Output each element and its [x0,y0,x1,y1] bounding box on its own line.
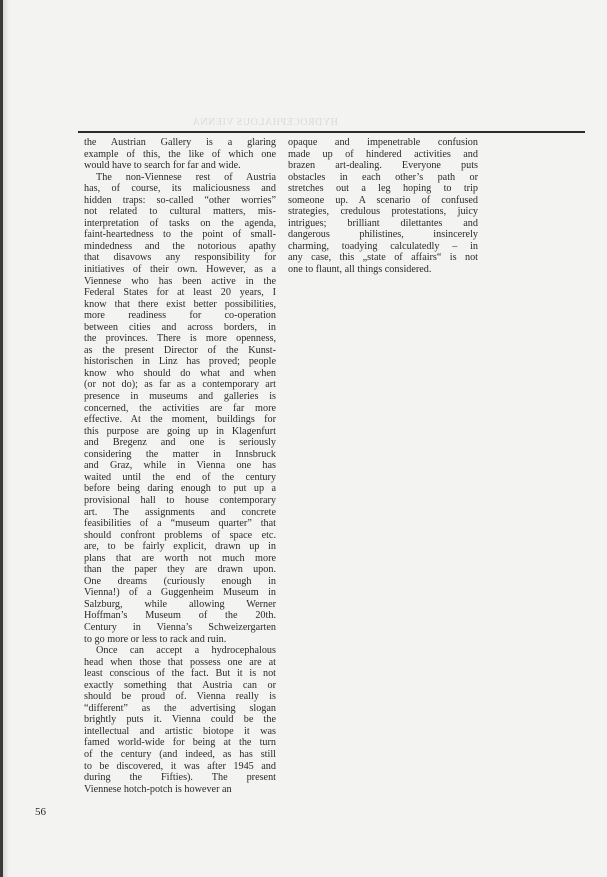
text-line: exactly something that Austria can or [84,680,276,692]
text-line: than the paper they are drawn upon. [84,564,276,576]
text-line: least conscious of the fact. But it is n… [84,668,276,680]
text-line: One dreams (curiously enough in [84,576,276,588]
text-line: Viennese hotch-potch is however an [84,784,276,796]
text-line: should be proud of. Vienna really is [84,691,276,703]
text-line: this purpose are going up in Klagenfurt [84,426,276,438]
text-line: opaque and impenetrable confusion [288,137,478,149]
text-line: would have to search for far and wide. [84,160,276,172]
text-column-left: the Austrian Gallery is a glaringexample… [84,137,276,795]
text-line: Viennese who has been active in the [84,276,276,288]
text-line: someone up. A scenario of confused [288,195,478,207]
text-line: and Graz, while in Vienna one has [84,460,276,472]
text-line: and Bregenz and one is seriously [84,437,276,449]
text-line: famed world-wide for being at the turn [84,737,276,749]
text-line: mindedness and the notorious apathy [84,241,276,253]
text-line: more readiness for co-operation [84,310,276,322]
text-line: presence in museums and galleries is [84,391,276,403]
page-number: 56 [35,806,46,818]
text-line: intrigues; brilliant dilettantes and [288,218,478,230]
showthrough-heading: HYDROCEPHALOUS VIENNA [165,117,365,128]
text-line: of the century (and indeed, as has still [84,749,276,761]
text-line: one to flaunt, all things considered. [288,264,478,276]
text-line: Once can accept a hydrocephalous [84,645,276,657]
text-line: know who should do what and when [84,368,276,380]
text-line: historischen in Linz has proved; people [84,356,276,368]
text-line: the Austrian Gallery is a glaring [84,137,276,149]
page-edge-gradient [3,0,9,877]
text-line: considering the matter in Innsbruck [84,449,276,461]
text-line: dangerous philistines, insincerely [288,229,478,241]
text-line: “different” as the advertising slogan [84,703,276,715]
text-line: stretches out a leg hoping to trip [288,183,478,195]
text-line: The non-Viennese rest of Austria [84,172,276,184]
text-line: any case, this „state of affairs“ is not [288,252,478,264]
text-line: effective. At the moment, buildings for [84,414,276,426]
text-line: to be discovered, it was after 1945 and [84,761,276,773]
text-line: example of this, the like of which one [84,149,276,161]
header-rule [78,131,585,133]
text-line: that disavows any responsibility for [84,252,276,264]
text-line: as the present Director of the Kunst- [84,345,276,357]
text-line: concerned, the activities are far more [84,403,276,415]
text-line: not related to cultural matters, mis- [84,206,276,218]
text-line: has, of course, its maliciousness and [84,183,276,195]
text-line: the provinces. There is more openness, [84,333,276,345]
text-line: strategies, credulous protestations, jui… [288,206,478,218]
text-line: made up of hindered activities and [288,149,478,161]
paragraph: opaque and impenetrable confusionmade up… [288,137,478,276]
text-column-right: opaque and impenetrable confusionmade up… [288,137,478,276]
text-line: Federal States for at least 20 years, I [84,287,276,299]
text-line: feasibilities of a “museum quarter” that [84,518,276,530]
text-line: hidden traps: so-called “other worries” [84,195,276,207]
text-line: provisional hall to house contemporary [84,495,276,507]
text-line: Hoffman’s Museum of the 20th. [84,610,276,622]
text-line: during the Fifties). The present [84,772,276,784]
text-line: to go more or less to rack and ruin. [84,634,276,646]
text-line: obstacles in each other’s path or [288,172,478,184]
text-line: initiatives of their own. However, as a [84,264,276,276]
text-line: are, to be fairly explicit, drawn up in [84,541,276,553]
text-line: should confront problems of space etc. [84,530,276,542]
paragraph: Once can accept a hydrocephaloushead whe… [84,645,276,795]
text-line: between cities and across borders, in [84,322,276,334]
text-line: know that there exist better possibiliti… [84,299,276,311]
text-line: Vienna!) of a Guggenheim Museum in [84,587,276,599]
text-line: intellectual and artistic biotope it was [84,726,276,738]
text-line: before being daring enough to put up a [84,483,276,495]
text-line: waited until the end of the century [84,472,276,484]
text-line: (or not do); as far as a contemporary ar… [84,379,276,391]
paragraph: The non-Viennese rest of Austriahas, of … [84,172,276,645]
text-line: art. The assignments and concrete [84,507,276,519]
text-line: Century in Vienna’s Schweizergarten [84,622,276,634]
text-line: brazen art-dealing. Everyone puts [288,160,478,172]
text-line: charming, toadying calculatedly – in [288,241,478,253]
paragraph: the Austrian Gallery is a glaringexample… [84,137,276,172]
text-line: head when those that possess one are at [84,657,276,669]
text-line: plans that are worth not much more [84,553,276,565]
text-line: brightly puts it. Vienna could be the [84,714,276,726]
text-line: interpretation of tasks on the agenda, [84,218,276,230]
text-line: Salzburg, while allowing Werner [84,599,276,611]
text-line: faint-heartedness to the point of small- [84,229,276,241]
